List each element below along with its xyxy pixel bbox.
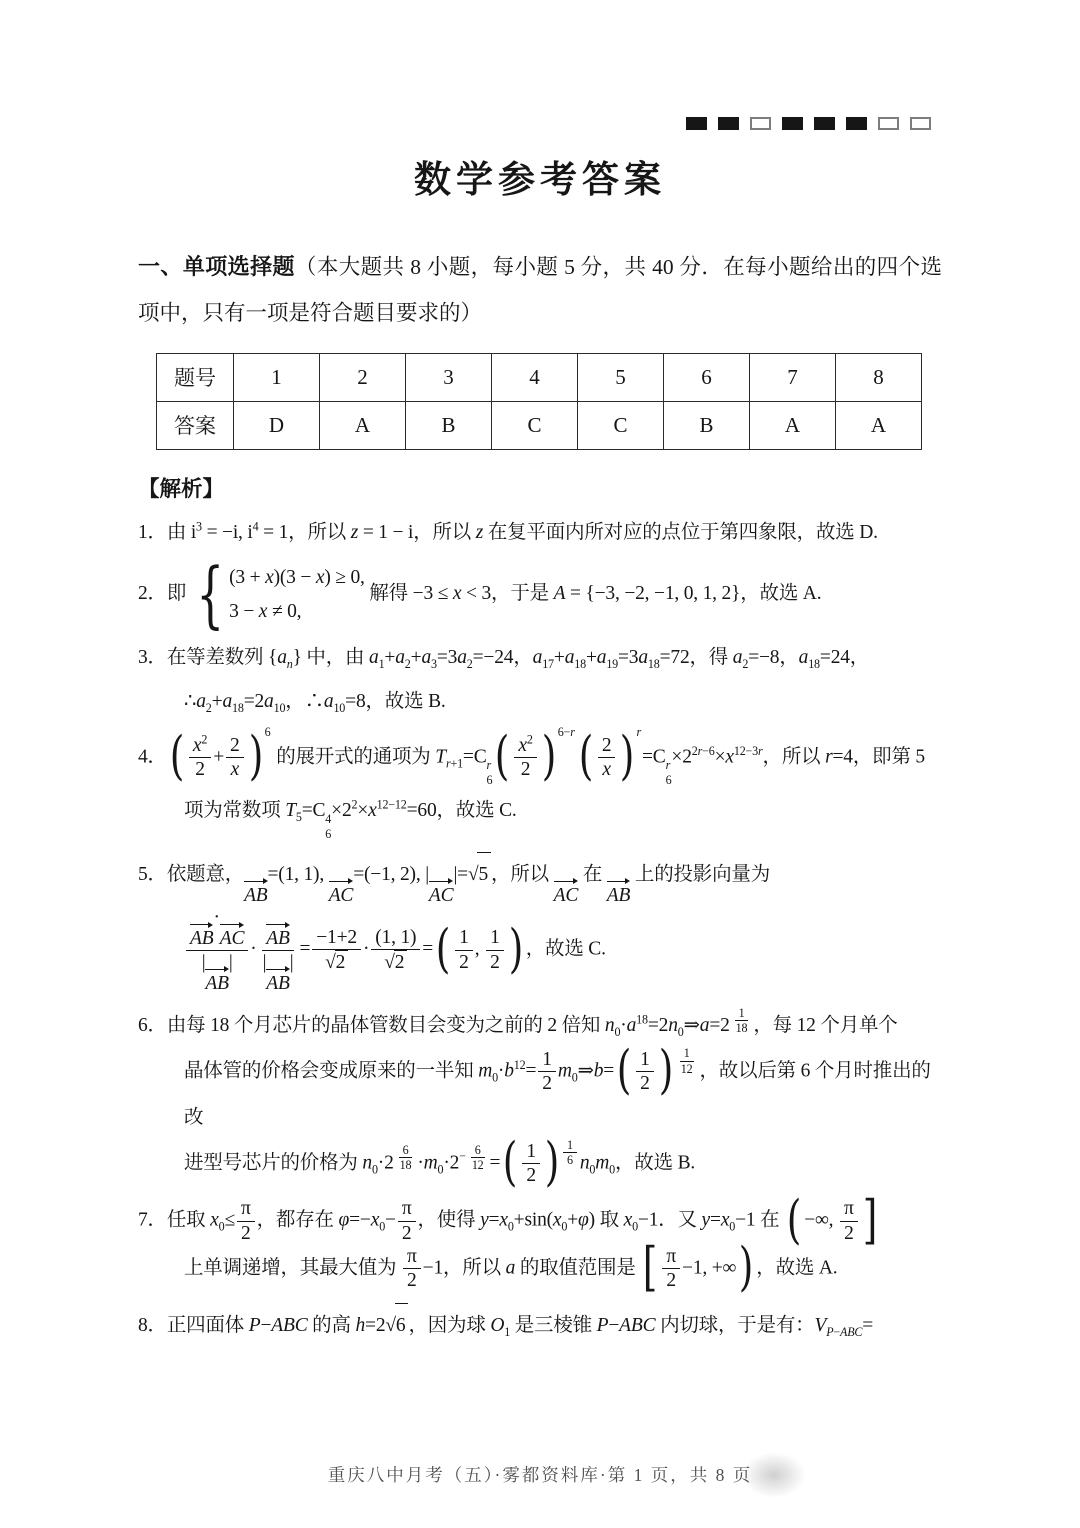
math-var: a <box>196 691 206 712</box>
math-sub: 18 <box>648 657 660 671</box>
math-var: a <box>700 1015 710 1036</box>
section-intro: 一、单项选择题（本大题共 8 小题，每小题 5 分，共 40 分．在每小题给出的… <box>138 243 942 337</box>
math-sqrt: √2 <box>384 950 407 974</box>
math-sub: 1 <box>379 657 385 671</box>
question-number-cell: 1 <box>234 353 320 401</box>
math-fraction: 12 <box>538 1048 556 1096</box>
math-sub: 1 <box>504 1325 510 1339</box>
math-var: x <box>453 584 461 605</box>
math-var: r <box>636 725 641 739</box>
empty-square <box>878 117 899 130</box>
math-var: n <box>287 657 293 671</box>
filled-square <box>718 117 739 130</box>
open-bracket-icon: ( <box>495 738 509 777</box>
math-var: b <box>504 1060 514 1081</box>
math-sub: 0 <box>678 1025 684 1039</box>
analysis-label: 【解析】 <box>138 472 942 503</box>
math-var: P <box>597 1315 609 1336</box>
math-sub: 17 <box>542 657 554 671</box>
math-var: m <box>424 1152 438 1173</box>
math-fraction: −1+2√2 <box>312 926 361 975</box>
close-bracket-icon: ) <box>659 1052 673 1091</box>
answer-cell: B <box>406 401 492 449</box>
math-sub: r+1 <box>446 756 463 770</box>
vector-arrow-icon <box>329 878 354 885</box>
answer-cell: A <box>750 401 836 449</box>
math-var: x <box>624 1210 632 1231</box>
filled-square <box>686 117 707 130</box>
math-var: a <box>457 647 467 668</box>
row-label: 答案 <box>157 401 234 449</box>
math-var: a <box>565 647 575 668</box>
table-row: 题号12345678 <box>157 353 922 401</box>
math-fraction: 12 <box>455 926 473 974</box>
math-sub: 0 <box>379 1220 385 1234</box>
math-var: a <box>277 647 287 668</box>
math-var: ABC <box>840 1325 862 1339</box>
math-fence: (12)16 <box>501 1140 579 1188</box>
math-supsub: r6 <box>666 758 672 788</box>
math-sup: 2 <box>352 797 358 811</box>
math-var: x <box>371 1210 379 1231</box>
math-supsub: r6 <box>487 758 493 788</box>
math-var: a <box>506 1257 516 1278</box>
math-var: a <box>264 691 274 712</box>
math-var: r <box>446 756 451 770</box>
math-var: m <box>478 1060 492 1081</box>
math-var: a <box>733 647 743 668</box>
math-var: a <box>421 647 431 668</box>
math-vector: AB <box>266 966 289 994</box>
answer-cell: C <box>492 401 578 449</box>
math-sub: 5 <box>296 809 302 823</box>
math-sup: 2r−6 <box>692 744 715 758</box>
answer-table: 题号12345678答案DABCCBAA <box>156 353 922 450</box>
math-fraction: 618 <box>396 1143 416 1173</box>
math-sub: 0 <box>572 1070 578 1084</box>
open-bracket-icon: ( <box>170 738 184 777</box>
math-var: V <box>814 1315 826 1336</box>
math-var: z <box>351 522 358 543</box>
open-bracket-icon: ( <box>617 1052 631 1091</box>
math-sub: 0 <box>508 1220 514 1234</box>
math-var: x <box>725 746 733 767</box>
math-var: n <box>362 1152 372 1173</box>
math-fence: (x22+2x)6 <box>168 734 271 782</box>
solution-item-5: 5．依题意，AB=(1, 1), AC=(−1, 2), |AC|=√5，所以 … <box>138 852 942 994</box>
filled-square <box>782 117 803 130</box>
open-bracket-icon: ( <box>787 1202 801 1241</box>
math-var: T <box>435 746 446 767</box>
math-var: A <box>554 584 566 605</box>
math-vector: AB <box>190 921 213 949</box>
math-sup: 618 <box>394 1149 418 1163</box>
corner-squares <box>686 117 931 130</box>
math-sup: 3 <box>196 519 202 533</box>
math-sub: 0 <box>372 1162 378 1176</box>
vector-arrow-icon <box>244 878 267 885</box>
question-number-cell: 5 <box>578 353 664 401</box>
vector-arrow-icon <box>266 921 289 928</box>
answer-cell: C <box>578 401 664 449</box>
math-vector: AC <box>429 878 454 906</box>
math-var: y <box>702 1210 710 1231</box>
math-sub: 0 <box>729 1220 735 1234</box>
math-supsub: 46 <box>325 812 331 842</box>
vector-arrow-icon <box>220 921 245 928</box>
math-vector: AC <box>329 878 354 906</box>
solution-item-2: 2．即 {(3 + x)(3 − x) ≥ 0,3 − x ≠ 0, 解得 −3… <box>138 564 942 626</box>
math-fraction: 112 <box>677 1046 697 1076</box>
solution-item-6: 6．由每 18 个月芯片的晶体管数目会变为之前的 2 倍知 n0·a18=2n0… <box>138 1004 942 1187</box>
math-var: h <box>355 1315 365 1336</box>
math-var: a <box>638 647 648 668</box>
math-sub: 2 <box>405 657 411 671</box>
solution-item-8: 8．正四面体 P−ABC 的高 h=2√6，因为球 O1 是三棱锥 P−ABC … <box>138 1303 942 1348</box>
open-bracket-icon: [ <box>643 1249 657 1288</box>
math-var: m <box>558 1060 572 1081</box>
math-var: P <box>249 1315 261 1336</box>
math-fraction: 16 <box>563 1138 577 1168</box>
math-var: x <box>265 567 273 588</box>
solution-item-1: 1．由 i3 = −i, i4 = 1，所以 z = 1 − i，所以 z 在复… <box>138 511 942 555</box>
math-fraction: (1, 1)√2 <box>371 926 420 975</box>
question-number-cell: 3 <box>406 353 492 401</box>
math-var: a <box>395 647 405 668</box>
math-sub: n <box>287 657 293 671</box>
answer-cell: B <box>664 401 750 449</box>
math-sup: 12−3r <box>734 744 763 758</box>
math-fraction: π2 <box>398 1197 416 1245</box>
math-sub: P−ABC <box>826 1325 862 1339</box>
math-var: O <box>490 1315 504 1336</box>
math-var: a <box>369 647 379 668</box>
math-cases: {(3 + x)(3 − x) ≥ 0,3 − x ≠ 0, <box>191 564 365 626</box>
math-sqrt: √6 <box>385 1303 408 1348</box>
math-var: P <box>826 1325 833 1339</box>
solution-item-4: 4．(x22+2x)6 的展开式的通项为 Tr+1=Cr6(x22)6−r(2x… <box>138 734 942 842</box>
math-fraction: AB|AB| <box>259 906 298 994</box>
math-fence: (12, 12) <box>434 926 525 974</box>
math-var: n <box>580 1152 590 1173</box>
math-fraction: π2 <box>840 1197 858 1245</box>
question-number-cell: 4 <box>492 353 578 401</box>
math-sup: 12−12 <box>377 797 407 811</box>
question-number-cell: 2 <box>320 353 406 401</box>
filled-square <box>846 117 867 130</box>
math-sup: 2 <box>201 732 207 746</box>
empty-square <box>910 117 931 130</box>
question-number-cell: 8 <box>836 353 922 401</box>
vector-arrow-icon <box>190 921 213 928</box>
vector-arrow-icon <box>607 878 630 885</box>
solutions: 1．由 i3 = −i, i4 = 1，所以 z = 1 − i，所以 z 在复… <box>138 511 942 1348</box>
math-var: r <box>666 758 671 772</box>
math-sqrt: √5 <box>468 852 491 897</box>
question-number-cell: 7 <box>750 353 836 401</box>
math-sub: 3 <box>431 657 437 671</box>
math-var: x <box>721 1210 729 1231</box>
math-fraction: x22 <box>189 734 211 782</box>
math-vector: AB <box>607 878 630 906</box>
math-sub: 0 <box>632 1220 638 1234</box>
math-fraction: 118 <box>732 1006 752 1036</box>
math-sub: 0 <box>609 1162 615 1176</box>
answer-table-body: 题号12345678答案DABCCBAA <box>157 353 922 449</box>
content: 一、单项选择题（本大题共 8 小题，每小题 5 分，共 40 分．在每小题给出的… <box>0 243 1080 1348</box>
table-row: 答案DABCCBAA <box>157 401 922 449</box>
math-var: x <box>316 567 324 588</box>
math-var: a <box>597 647 607 668</box>
answer-cell: A <box>836 401 922 449</box>
page: 数学参考答案 一、单项选择题（本大题共 8 小题，每小题 5 分，共 40 分．… <box>0 0 1080 1528</box>
math-sub: 0 <box>561 1220 567 1234</box>
math-sub: 10 <box>274 701 286 715</box>
math-sup: 18 <box>636 1013 648 1027</box>
question-number-cell: 6 <box>664 353 750 401</box>
math-var: n <box>668 1015 678 1036</box>
math-fraction: x22 <box>514 734 536 782</box>
close-bracket-icon: ) <box>739 1249 753 1288</box>
math-fraction: 12 <box>636 1048 654 1096</box>
math-var: r <box>758 744 763 758</box>
math-var: y <box>480 1210 488 1231</box>
close-bracket-icon: ) <box>620 738 634 777</box>
math-fraction: 2x <box>226 734 244 782</box>
answer-cell: D <box>234 401 320 449</box>
math-fence: (2x)r <box>577 734 641 782</box>
math-sup: −612 <box>459 1149 489 1163</box>
vector-arrow-icon <box>429 878 454 885</box>
filled-square <box>814 117 835 130</box>
page-footer: 重庆八中月考（五）·雾都资料库·第 1 页，共 8 页 <box>0 1462 1080 1487</box>
math-fraction: 612 <box>468 1143 488 1173</box>
math-sub: 18 <box>808 657 820 671</box>
page-title: 数学参考答案 <box>0 0 1080 203</box>
math-var: x <box>499 1210 507 1231</box>
math-vector: AB <box>205 966 228 994</box>
math-sub: 0 <box>438 1162 444 1176</box>
math-var: a <box>799 647 809 668</box>
math-vector: AB <box>244 878 267 906</box>
math-var: φ <box>339 1210 350 1231</box>
math-fraction: 12 <box>486 926 504 974</box>
math-fraction: 2x <box>598 734 616 782</box>
math-var: m <box>595 1152 609 1173</box>
math-sup: 16 <box>561 1138 579 1168</box>
math-vector: AB <box>266 921 289 949</box>
math-sub: 10 <box>333 701 345 715</box>
math-var: a <box>533 647 543 668</box>
math-fraction: π2 <box>237 1197 255 1245</box>
math-sqrt: √2 <box>325 950 348 974</box>
math-var: x <box>602 759 610 780</box>
math-var: ABC <box>271 1315 307 1336</box>
solution-item-3: 3．在等差数列 {an} 中，由 a1+a2+a3=3a2=−24，a17+a1… <box>138 636 942 724</box>
math-sup: 4 <box>253 519 259 533</box>
math-var: r <box>487 758 492 772</box>
math-fraction: π2 <box>662 1245 680 1293</box>
math-vector: AC <box>220 921 245 949</box>
math-var: a <box>627 1015 637 1036</box>
math-fraction: 12 <box>522 1140 540 1188</box>
close-bracket-icon: ) <box>542 738 556 777</box>
row-label: 题号 <box>157 353 234 401</box>
math-var: r <box>698 744 703 758</box>
math-fence: (−∞, π2] <box>785 1197 879 1245</box>
math-sub: 2 <box>467 657 473 671</box>
math-var: φ <box>578 1210 589 1231</box>
brace-icon: { <box>196 566 224 624</box>
math-var: z <box>476 522 483 543</box>
vector-arrow-icon <box>266 966 289 973</box>
math-sup: 118 <box>730 1013 754 1027</box>
section-label: 一、单项选择题 <box>138 254 295 279</box>
solution-item-7: 7．任取 x0≤π2，都存在 φ=−x0−π2，使得 y=x0+sin(x0+φ… <box>138 1197 942 1293</box>
math-var: b <box>594 1060 604 1081</box>
math-sub: 0 <box>614 1025 620 1039</box>
answer-cell: A <box>320 401 406 449</box>
math-vector: AC <box>554 878 579 906</box>
math-var: r <box>570 725 575 739</box>
math-var: x <box>210 1210 218 1231</box>
math-sup: 112 <box>675 1046 699 1076</box>
math-var: x <box>231 759 239 780</box>
math-var: ABC <box>619 1315 655 1336</box>
close-bracket-icon: ) <box>508 931 522 970</box>
open-bracket-icon: ( <box>436 931 450 970</box>
vector-arrow-icon <box>554 878 579 885</box>
vector-arrow-icon <box>205 966 228 973</box>
math-var: x <box>368 800 376 821</box>
math-sup: 2 <box>527 732 533 746</box>
math-var: a <box>222 691 232 712</box>
math-fence: (12)112 <box>615 1048 698 1096</box>
open-bracket-icon: ( <box>503 1144 517 1183</box>
math-var: x <box>518 735 526 756</box>
math-fraction: AB·AC|AB| <box>186 906 248 994</box>
close-bracket-icon: ) <box>545 1144 559 1183</box>
math-var: r <box>825 746 832 767</box>
math-sub: 2 <box>742 657 748 671</box>
math-sub: 0 <box>219 1220 225 1234</box>
math-sub: 0 <box>492 1070 498 1084</box>
math-var: T <box>285 800 296 821</box>
math-var: x <box>259 601 267 622</box>
math-sup: 12 <box>514 1058 526 1072</box>
math-sub: 19 <box>606 657 618 671</box>
close-bracket-icon: ] <box>863 1202 877 1241</box>
math-fraction: π2 <box>403 1245 421 1293</box>
close-bracket-icon: ) <box>248 738 262 777</box>
open-bracket-icon: ( <box>579 738 593 777</box>
empty-square <box>750 117 771 130</box>
math-fence: [π2−1, +∞) <box>641 1245 755 1293</box>
math-fence: (x22)6−r <box>493 734 574 782</box>
math-sub: 18 <box>232 701 244 715</box>
math-sub: 18 <box>574 657 586 671</box>
math-sub: 2 <box>206 701 212 715</box>
